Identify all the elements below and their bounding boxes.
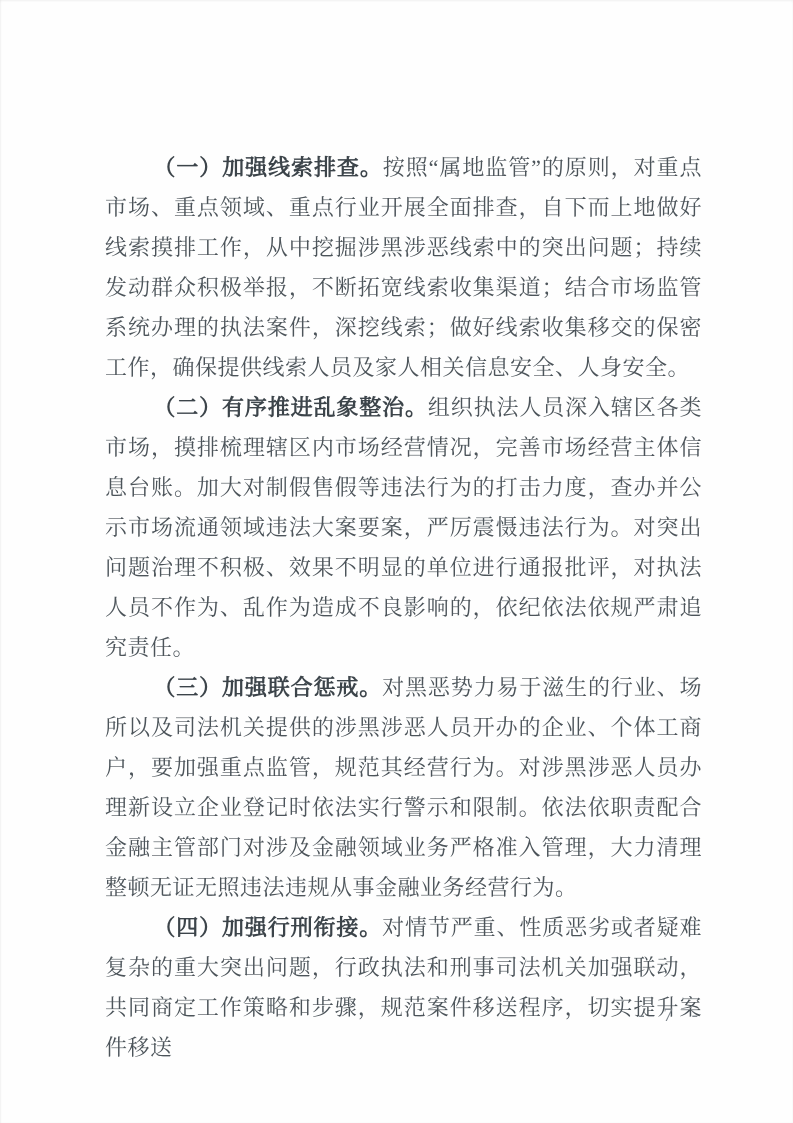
paragraph-3-heading: （三）加强联合惩戒。 (153, 675, 382, 700)
page-footer: - 7 - (638, 1005, 705, 1027)
paragraph-4: （四）加强行刑衔接。对情节严重、性质恶劣或者疑难复杂的重大突出问题，行政执法和刑… (105, 908, 702, 1068)
paragraph-3-body: 对黑恶势力易于滋生的行业、场所以及司法机关提供的涉黑涉恶人员开办的企业、个体工商… (105, 675, 702, 900)
page-number: - 7 - (638, 1005, 705, 1026)
paragraph-1-body: 按照“属地监管”的原则，对重点市场、重点领域、重点行业开展全面排查，自下而上地做… (105, 155, 702, 380)
document-page: （一）加强线索排查。按照“属地监管”的原则，对重点市场、重点领域、重点行业开展全… (0, 0, 793, 1123)
paragraph-3: （三）加强联合惩戒。对黑恶势力易于滋生的行业、场所以及司法机关提供的涉黑涉恶人员… (105, 668, 702, 908)
paragraph-4-heading: （四）加强行刑衔接。 (153, 915, 382, 940)
paragraph-1: （一）加强线索排查。按照“属地监管”的原则，对重点市场、重点领域、重点行业开展全… (105, 148, 702, 388)
paragraph-2-heading: （二）有序推进乱象整治。 (153, 395, 427, 420)
paragraph-2-body: 组织执法人员深入辖区各类市场，摸排梳理辖区内市场经营情况，完善市场经营主体信息台… (105, 395, 702, 660)
document-body: （一）加强线索排查。按照“属地监管”的原则，对重点市场、重点领域、重点行业开展全… (105, 148, 702, 1068)
paragraph-2: （二）有序推进乱象整治。组织执法人员深入辖区各类市场，摸排梳理辖区内市场经营情况… (105, 388, 702, 668)
paragraph-1-heading: （一）加强线索排查。 (153, 155, 382, 180)
